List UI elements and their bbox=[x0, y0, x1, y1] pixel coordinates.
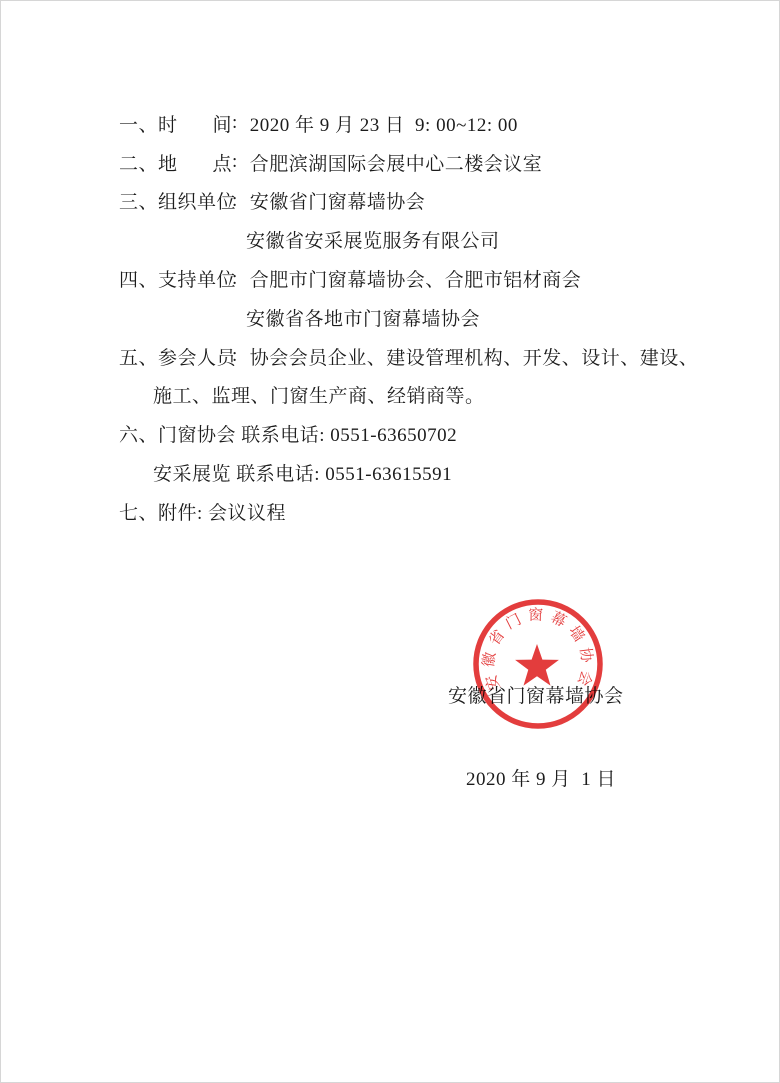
item-number: 三、 bbox=[119, 187, 158, 214]
item-label: 参会人员 bbox=[158, 343, 232, 370]
list-item-contact-expo: 安采展览 联系电话: 0551-63615591 bbox=[119, 453, 759, 492]
list-item-attachment: 七、 附件: 会议议程 bbox=[119, 492, 759, 531]
list-item-participants-cont: 施工、监理、门窗生产商、经销商等。 bbox=[119, 376, 759, 415]
item-number: 五、 bbox=[119, 343, 158, 370]
item-colon: : bbox=[232, 345, 238, 367]
item-colon: : bbox=[232, 112, 238, 134]
item-text: 施工、监理、门窗生产商、经销商等。 bbox=[153, 381, 485, 408]
item-text: 安采展览 联系电话: 0551-63615591 bbox=[153, 459, 452, 486]
list-item-participants: 五、 参会人员 : 协会会员企业、建设管理机构、开发、设计、建设、 bbox=[119, 337, 759, 376]
item-text: 合肥滨湖国际会展中心二楼会议室 bbox=[250, 149, 543, 176]
item-number: 四、 bbox=[119, 265, 158, 292]
list-item-organizer: 三、 组织单位 : 安徽省门窗幕墙协会 bbox=[119, 182, 759, 221]
item-text: 合肥市门窗幕墙协会、合肥市铝材商会 bbox=[250, 265, 582, 292]
list-item-location: 二、 地点 : 合肥滨湖国际会展中心二楼会议室 bbox=[119, 143, 759, 182]
signature-block: 安徽省门窗幕墙协会 2020 年 9 月 1 日 bbox=[448, 631, 624, 841]
item-label: 时间 bbox=[158, 110, 232, 137]
document-page: 一、 时间 : 2020 年 9 月 23 日 9: 00~12: 00 二、 … bbox=[0, 0, 780, 1083]
item-colon: : bbox=[232, 268, 238, 290]
notice-body: 一、 时间 : 2020 年 9 月 23 日 9: 00~12: 00 二、 … bbox=[119, 104, 759, 531]
item-number: 二、 bbox=[119, 149, 158, 176]
item-text: 门窗协会 联系电话: 0551-63650702 bbox=[158, 420, 457, 447]
item-label: 组织单位 bbox=[158, 187, 232, 214]
item-text: 安徽省各地市门窗幕墙协会 bbox=[246, 304, 480, 331]
list-item-contact-association: 六、 门窗协会 联系电话: 0551-63650702 bbox=[119, 414, 759, 453]
item-label: 支持单位 bbox=[158, 265, 232, 292]
item-number: 六、 bbox=[119, 420, 158, 447]
item-text: 安徽省安采展览服务有限公司 bbox=[246, 226, 500, 253]
item-colon: : bbox=[232, 190, 238, 212]
item-number: 七、 bbox=[119, 498, 158, 525]
signature-date: 2020 年 9 月 1 日 bbox=[466, 758, 624, 797]
item-number: 一、 bbox=[119, 110, 158, 137]
item-text: 安徽省门窗幕墙协会 bbox=[250, 187, 426, 214]
list-item-supporters: 四、 支持单位 : 合肥市门窗幕墙协会、合肥市铝材商会 bbox=[119, 259, 759, 298]
item-label: 地点 bbox=[158, 149, 232, 176]
list-item-organizer-cont: 安徽省安采展览服务有限公司 bbox=[119, 220, 759, 259]
item-text: 附件: 会议议程 bbox=[158, 498, 286, 525]
signature-org-name: 安徽省门窗幕墙协会 bbox=[448, 675, 624, 714]
item-text: 2020 年 9 月 23 日 9: 00~12: 00 bbox=[250, 110, 518, 137]
item-colon: : bbox=[232, 151, 238, 173]
list-item-time: 一、 时间 : 2020 年 9 月 23 日 9: 00~12: 00 bbox=[119, 104, 759, 143]
item-text: 协会会员企业、建设管理机构、开发、设计、建设、 bbox=[250, 343, 699, 370]
list-item-supporters-cont: 安徽省各地市门窗幕墙协会 bbox=[119, 298, 759, 337]
